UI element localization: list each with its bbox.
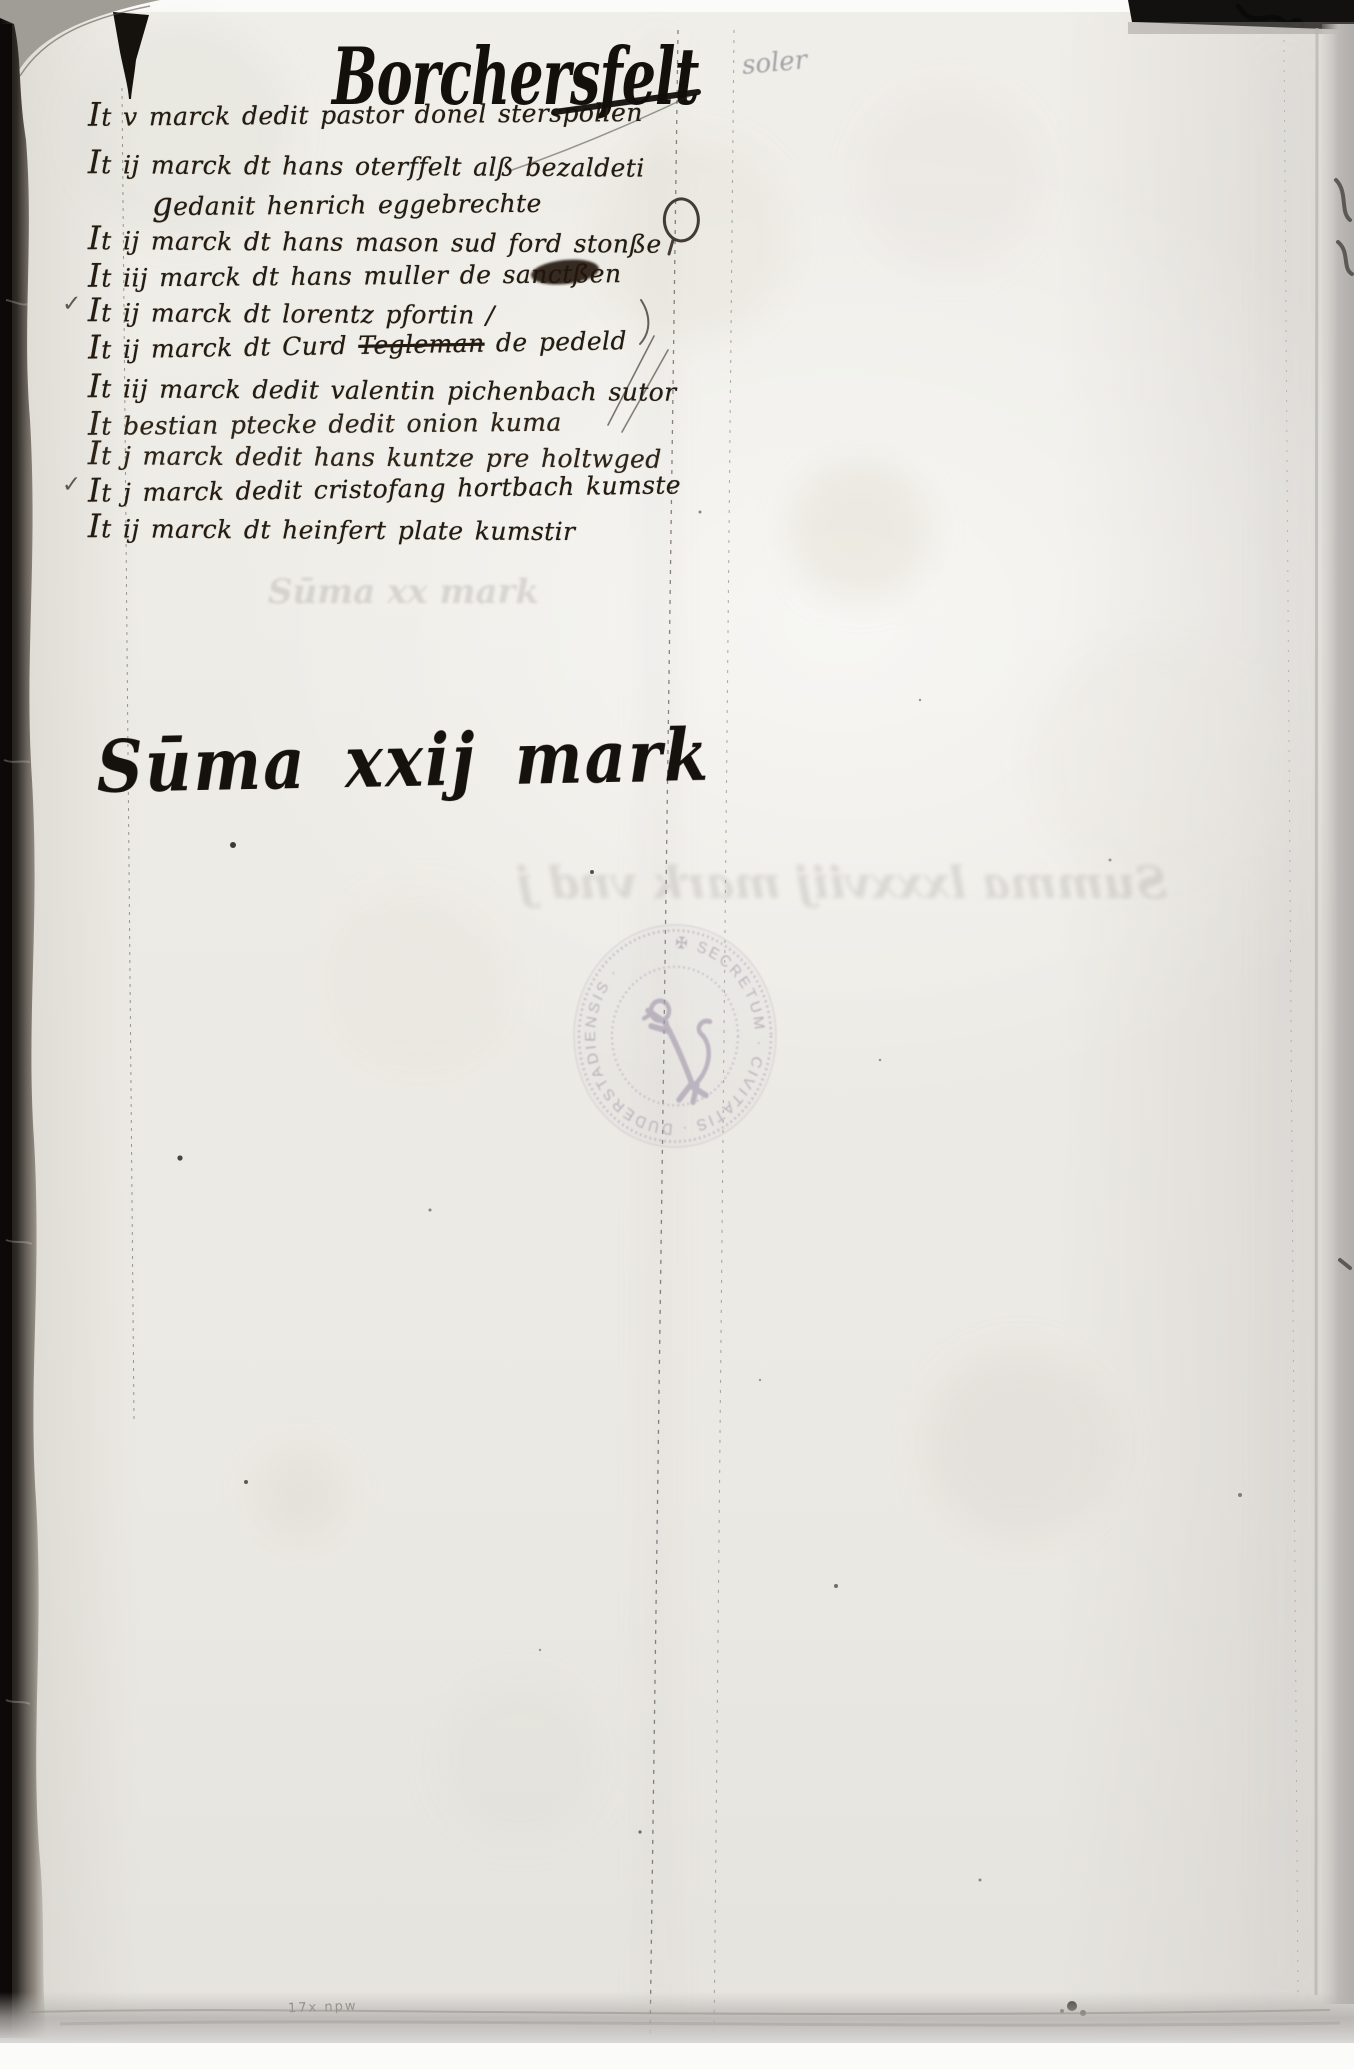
struck-word: Tegleman: [358, 329, 485, 360]
ghost-summa-line: Sūma xx mark: [268, 572, 539, 612]
foot-pencil-marks: 17x npw: [288, 1999, 358, 2016]
entry-text: It v marck dedit pastor donel sterspolle…: [88, 91, 643, 134]
scan-bottom-margin: [0, 2043, 1354, 2069]
bleedthrough-mirrored-text: Summa lxxxviij mark vnd j: [592, 858, 1167, 909]
entry-text: It ij marck dt hans oterffelt alß bezald…: [88, 143, 645, 184]
entry-text: It j marck dedit cristofang hortbach kum…: [88, 463, 681, 509]
margin-checkmark: ✓: [62, 291, 88, 317]
ledger-entry-line: It iij marck dt hans muller de sanctßen: [62, 251, 762, 295]
pencil-marginalia: soler: [741, 45, 809, 81]
entry-text: gedanit henrich eggebrechte: [152, 182, 542, 223]
manuscript-scan-page: ✠ SECRETUM · CIVITATIS · DUDERSTADIENSIS…: [0, 0, 1354, 2069]
entry-text: It ij marck dt heinfert plate kumstir: [88, 507, 576, 548]
ledger-entry-line: It ij marck dt hans oterffelt alß bezald…: [62, 143, 762, 185]
entry-list: It v marck dedit pastor donel sterspolle…: [62, 96, 762, 545]
ledger-entry-line: It ij marck dt heinfert plate kumstir: [62, 507, 762, 549]
summa-total-line: Sūma xxij mark: [96, 714, 711, 810]
ledger-entry-line: It v marck dedit pastor donel sterspolle…: [62, 90, 762, 134]
ledger-entry-line: gedanit henrich eggebrechte: [62, 180, 762, 224]
entry-text: It ij marck dt Curd Tegleman de pedeld: [88, 319, 627, 366]
entry-text: It iij marck dt hans muller de sanctßen: [88, 252, 622, 295]
margin-checkmark: ✓: [62, 472, 88, 498]
